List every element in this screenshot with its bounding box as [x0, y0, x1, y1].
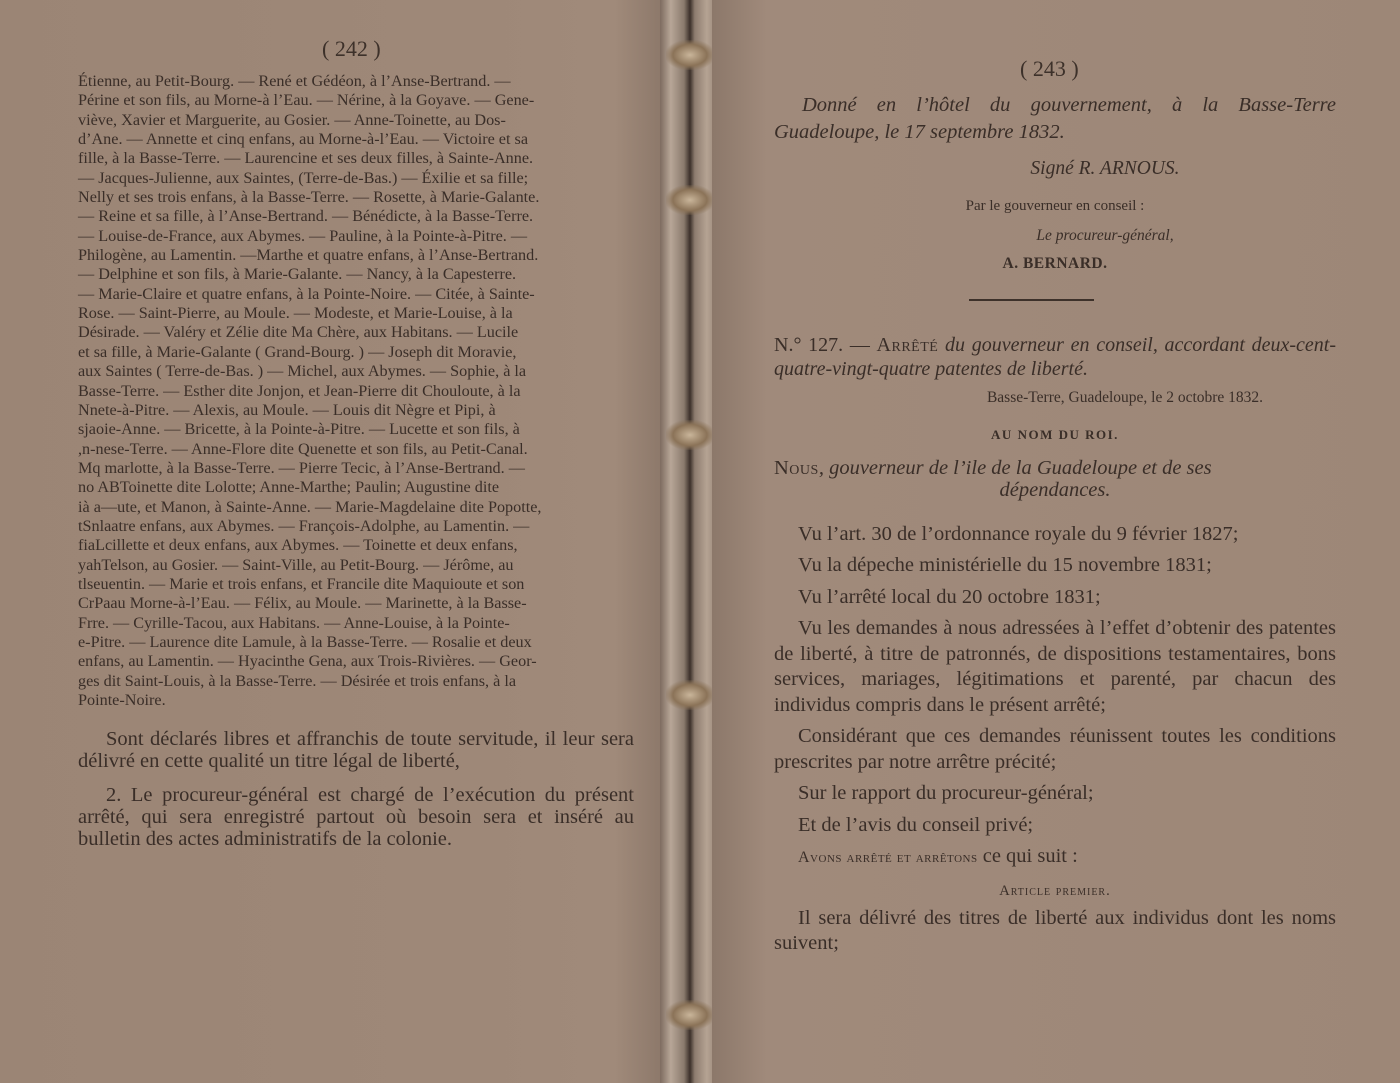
names-line: tSnlaatre enfans, aux Abymes. — François… — [78, 517, 634, 536]
consideration-item: Sur le rapport du procureur-général; — [774, 781, 1336, 807]
decree-word: Arrêté — [877, 334, 939, 356]
names-line: d’Ane. — Annette et cinq enfans, au Morn… — [78, 130, 634, 149]
article-premier-heading: Article premier. — [774, 883, 1336, 900]
book-spread: ( 242 ) Étienne, au Petit-Bourg. — René … — [0, 0, 1400, 1083]
names-line: — Delphine et son fils, à Marie-Galante.… — [78, 265, 634, 284]
names-line: e-Pitre. — Laurence dite Lamule, à la Ba… — [78, 633, 634, 652]
consideration-item: Et de l’avis du conseil privé; — [774, 813, 1336, 839]
declaration-paragraph: Sont déclarés libres et affranchis de to… — [78, 728, 634, 772]
names-line: no ABToinette dite Lolotte; Anne-Marthe;… — [78, 478, 634, 497]
article-1-text: Il sera délivré des titres de liberté au… — [774, 906, 1336, 957]
names-line: enfans, au Lamentin. — Hyacinthe Gena, a… — [78, 652, 634, 671]
names-line: tlseuentin. — Marie et trois enfans, et … — [78, 575, 634, 594]
names-list-paragraph: Étienne, au Petit-Bourg. — René et Gédéo… — [78, 72, 634, 710]
names-line: Nnete-à-Pitre. — Alexis, au Moule. — Lou… — [78, 401, 634, 420]
names-line: Rose. — Saint-Pierre, au Moule. — Modest… — [78, 304, 634, 323]
names-line: CrPaau Morne-à-l’Eau. — Félix, au Moule.… — [78, 594, 634, 613]
names-line: fille, à la Basse-Terre. — Laurencine et… — [78, 149, 634, 168]
avons-line: Avons arrêté et arrêtons ce qui suit : — [774, 844, 1336, 871]
nous-rest: , gouverneur de l’ile de la Guadeloupe e… — [819, 457, 1212, 479]
consideration-item: Vu l’art. 30 de l’ordonnance royale du 9… — [774, 522, 1336, 548]
left-page-text: Étienne, au Petit-Bourg. — René et Gédéo… — [78, 72, 634, 850]
binding-thread-knot — [666, 1000, 714, 1030]
page-number-243: ( 243 ) — [1020, 56, 1079, 82]
procureur-title: Le procureur-général, — [774, 227, 1336, 245]
decree-heading: N.° 127. — Arrêté du gouverneur en conse… — [774, 333, 1336, 381]
names-line: Frre. — Cyrille-Tacou, aux Habitans. — A… — [78, 614, 634, 633]
consideration-item: Vu la dépeche ministérielle du 15 novemb… — [774, 553, 1336, 579]
names-line: fiaLcillette et deux enfans, aux Abymes.… — [78, 536, 634, 555]
names-line: Pointe-Noire. — [78, 691, 634, 710]
nous-continuation: dépendances. — [774, 479, 1336, 501]
avons-words: Avons arrêté et arrêtons — [798, 849, 978, 866]
given-at-paragraph: Donné en l’hôtel du gouvernement, à la B… — [774, 92, 1336, 146]
signature-line: Signé R. ARNOUS. — [774, 158, 1336, 180]
names-line: ià a—ute, et Manon, à Sainte-Anne. — Mar… — [78, 498, 634, 517]
procureur-name: A. BERNARD. — [774, 255, 1336, 273]
consideration-item: Considérant que ces demandes réunissent … — [774, 724, 1336, 775]
right-page: ( 243 ) Donné en l’hôtel du gouvernement… — [712, 0, 1400, 1083]
decree-dateline: Basse-Terre, Guadeloupe, le 2 octobre 18… — [774, 389, 1336, 407]
by-governor-line: Par le gouverneur en conseil : — [774, 198, 1336, 215]
consideration-item: Vu l’arrêté local du 20 octobre 1831; — [774, 585, 1336, 611]
binding-thread-knot — [666, 40, 714, 70]
left-page: ( 242 ) Étienne, au Petit-Bourg. — René … — [0, 0, 668, 1083]
names-line: aux Saintes ( Terre-de-Bas. ) — Michel, … — [78, 362, 634, 381]
considerations-list: Vu l’art. 30 de l’ordonnance royale du 9… — [774, 522, 1336, 957]
names-line: Basse-Terre. — Esther dite Jonjon, et Je… — [78, 382, 634, 401]
names-line: et sa fille, à Marie-Galante ( Grand-Bou… — [78, 343, 634, 362]
nous-paragraph: Nous, gouverneur de l’ile de la Guadelou… — [774, 457, 1336, 501]
page-number-242: ( 242 ) — [322, 36, 381, 62]
book-spine — [660, 0, 720, 1083]
nous-word: Nous — [774, 457, 819, 479]
decree-number: N.° 127. — — [774, 334, 870, 356]
binding-thread-knot — [666, 420, 714, 450]
names-line: — Louise-de-France, aux Abymes. — Paulin… — [78, 227, 634, 246]
names-line: — Reine et sa fille, à l’Anse-Bertrand. … — [78, 207, 634, 226]
avons-rest: ce qui suit : — [978, 845, 1078, 867]
declaration-block: Sont déclarés libres et affranchis de to… — [78, 728, 634, 850]
names-line: — Jacques-Julienne, aux Saintes, (Terre-… — [78, 169, 634, 188]
names-line: Mq marlotte, à la Basse-Terre. — Pierre … — [78, 459, 634, 478]
names-line: Nelly et ses trois enfans, à la Basse-Te… — [78, 188, 634, 207]
article-2-paragraph: 2. Le procureur-général est chargé de l’… — [78, 784, 634, 850]
names-line: yahTelson, au Gosier. — Saint-Ville, au … — [78, 556, 634, 575]
right-page-text: Donné en l’hôtel du gouvernement, à la B… — [774, 92, 1336, 957]
names-line: Périne et son fils, au Morne-à l’Eau. — … — [78, 91, 634, 110]
section-divider — [969, 299, 1094, 301]
binding-thread-knot — [666, 680, 714, 710]
names-line: ges dit Saint-Louis, à la Basse-Terre. —… — [78, 672, 634, 691]
names-line: viève, Xavier et Marguerite, au Gosier. … — [78, 111, 634, 130]
consideration-item: Vu les demandes à nous adressées à l’eff… — [774, 616, 1336, 718]
binding-thread-knot — [666, 185, 714, 215]
names-line: Désirade. — Valéry et Zélie dite Ma Chèr… — [78, 323, 634, 342]
names-line: Étienne, au Petit-Bourg. — René et Gédéo… — [78, 72, 634, 91]
names-line: sjaoie-Anne. — Bricette, à la Pointe-à-P… — [78, 420, 634, 439]
signed-text: Signé R. ARNOUS. — [1030, 158, 1179, 179]
au-nom-du-roi: AU NOM DU ROI. — [774, 427, 1336, 443]
names-line: ,n-nese-Terre. — Anne-Flore dite Quenett… — [78, 440, 634, 459]
names-line: Philogène, au Lamentin. —Marthe et quatr… — [78, 246, 634, 265]
names-line: — Marie-Claire et quatre enfans, à la Po… — [78, 285, 634, 304]
